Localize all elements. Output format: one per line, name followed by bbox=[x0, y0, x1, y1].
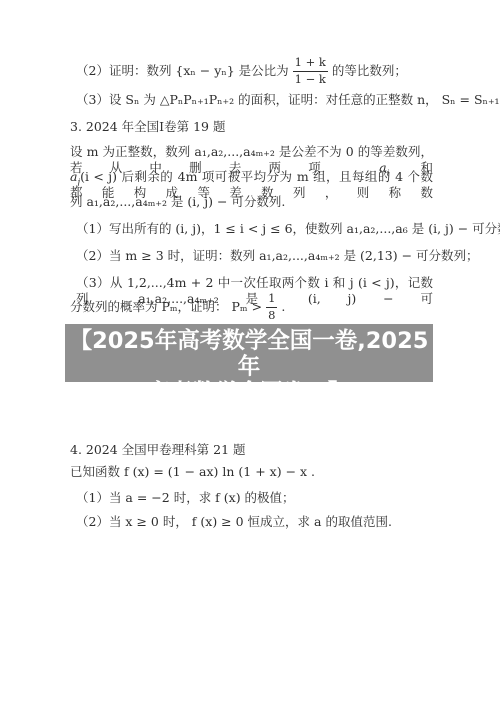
fraction-numerator: 1 bbox=[266, 292, 277, 308]
problem3-item3-cont-period: . bbox=[281, 299, 285, 315]
fraction-denominator: 1 − k bbox=[293, 72, 328, 87]
fraction-1-over-8: 1 8 bbox=[266, 292, 277, 323]
problem3-heading: 3. 2024 年全国Ⅰ卷第 19 题 bbox=[70, 119, 225, 135]
problem3-body-line3: 列 a₁,a₂,...,a₄ₘ₊₂ 是 (i, j) − 可分数列. bbox=[70, 194, 285, 210]
fraction-numerator: 1 + k bbox=[293, 56, 328, 72]
problem3-item1: （1）写出所有的 (i, j)，1 ≤ i < j ≤ 6，使数列 a₁,a₂,… bbox=[76, 221, 500, 237]
problem3-item3-cont-text: 分数列的概率为 Pₘ，证明： Pₘ > bbox=[70, 299, 262, 315]
problem4-body-line1: 已知函数 f (x) = (1 − ax) ln (1 + x) − x . bbox=[70, 464, 315, 480]
highlight-title-line2: 高考数学全国卷一】 bbox=[65, 380, 433, 406]
problem4-heading: 4. 2024 全国甲卷理科第 21 题 bbox=[70, 442, 246, 458]
problem3-item2: （2）当 m ≥ 3 时，证明：数列 a₁,a₂,...,a₄ₘ₊₂ 是 (2,… bbox=[76, 248, 479, 264]
highlight-title-line1: 【2025年高考数学全国一卷,2025年 bbox=[65, 328, 433, 380]
problem2-item2-text-pre: （2）证明：数列 {xₙ − yₙ} 是公比为 bbox=[76, 63, 289, 79]
problem3-item3-continuation: 分数列的概率为 Pₘ，证明： Pₘ > 1 8 . bbox=[70, 292, 285, 323]
problem2-item2: （2）证明：数列 {xₙ − yₙ} 是公比为 1 + k 1 − k 的等比数… bbox=[76, 56, 407, 87]
problem4-item2: （2）当 x ≥ 0 时， f (x) ≥ 0 恒成立，求 a 的取值范围. bbox=[76, 514, 392, 530]
fraction-denominator: 8 bbox=[266, 308, 277, 323]
fraction-1plusk-over-1minusk: 1 + k 1 − k bbox=[293, 56, 328, 87]
problem2-item3: （3）设 Sₙ 为 △PₙPₙ₊₁Pₙ₊₂ 的面积，证明：对任意的正整数 n， … bbox=[76, 92, 500, 108]
problem2-item2-text-post: 的等比数列； bbox=[332, 63, 407, 79]
problem4-item1: （1）当 a = −2 时，求 f (x) 的极值； bbox=[76, 490, 295, 506]
document-page: （2）证明：数列 {xₙ − yₙ} 是公比为 1 + k 1 − k 的等比数… bbox=[0, 0, 500, 707]
highlight-title-band: 【2025年高考数学全国一卷,2025年 高考数学全国卷一】 bbox=[65, 324, 433, 382]
